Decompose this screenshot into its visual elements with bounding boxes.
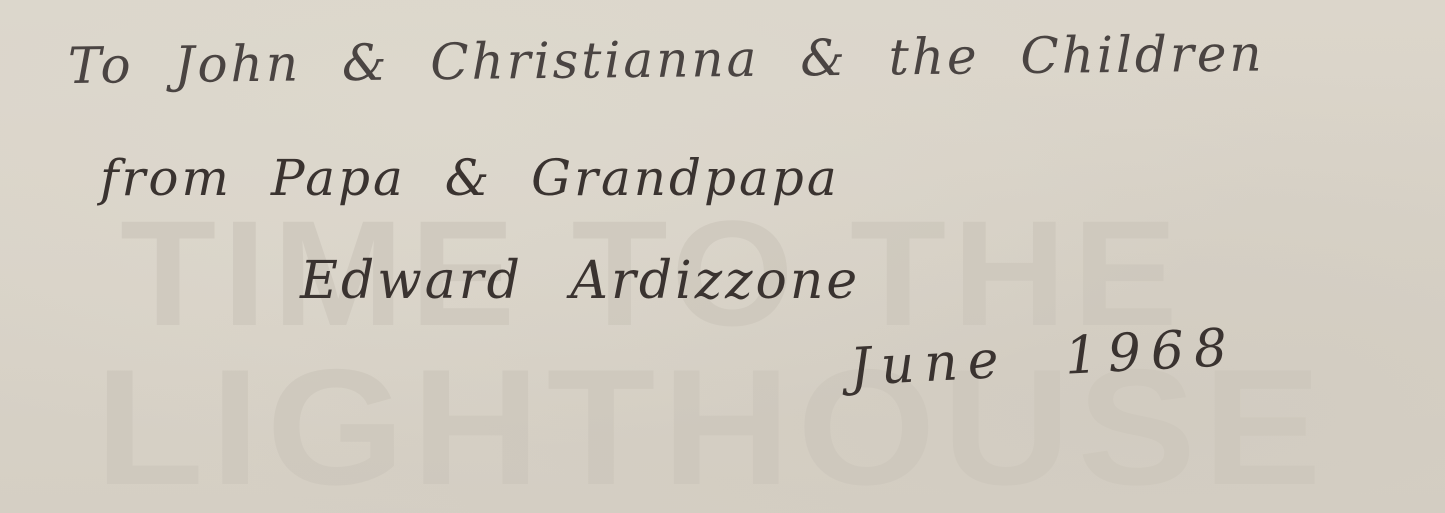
inscription-from: from Papa & Grandpapa: [100, 148, 840, 208]
inscription-page: TIME TO THE LIGHTHOUSE To John & Christi…: [0, 0, 1445, 513]
bleed-through-title-line-2: LIGHTHOUSE: [95, 345, 1445, 510]
inscription-dedication: To John & Christianna & the Children: [68, 23, 1265, 96]
inscription-signature: Edward Ardizzone: [300, 250, 860, 312]
